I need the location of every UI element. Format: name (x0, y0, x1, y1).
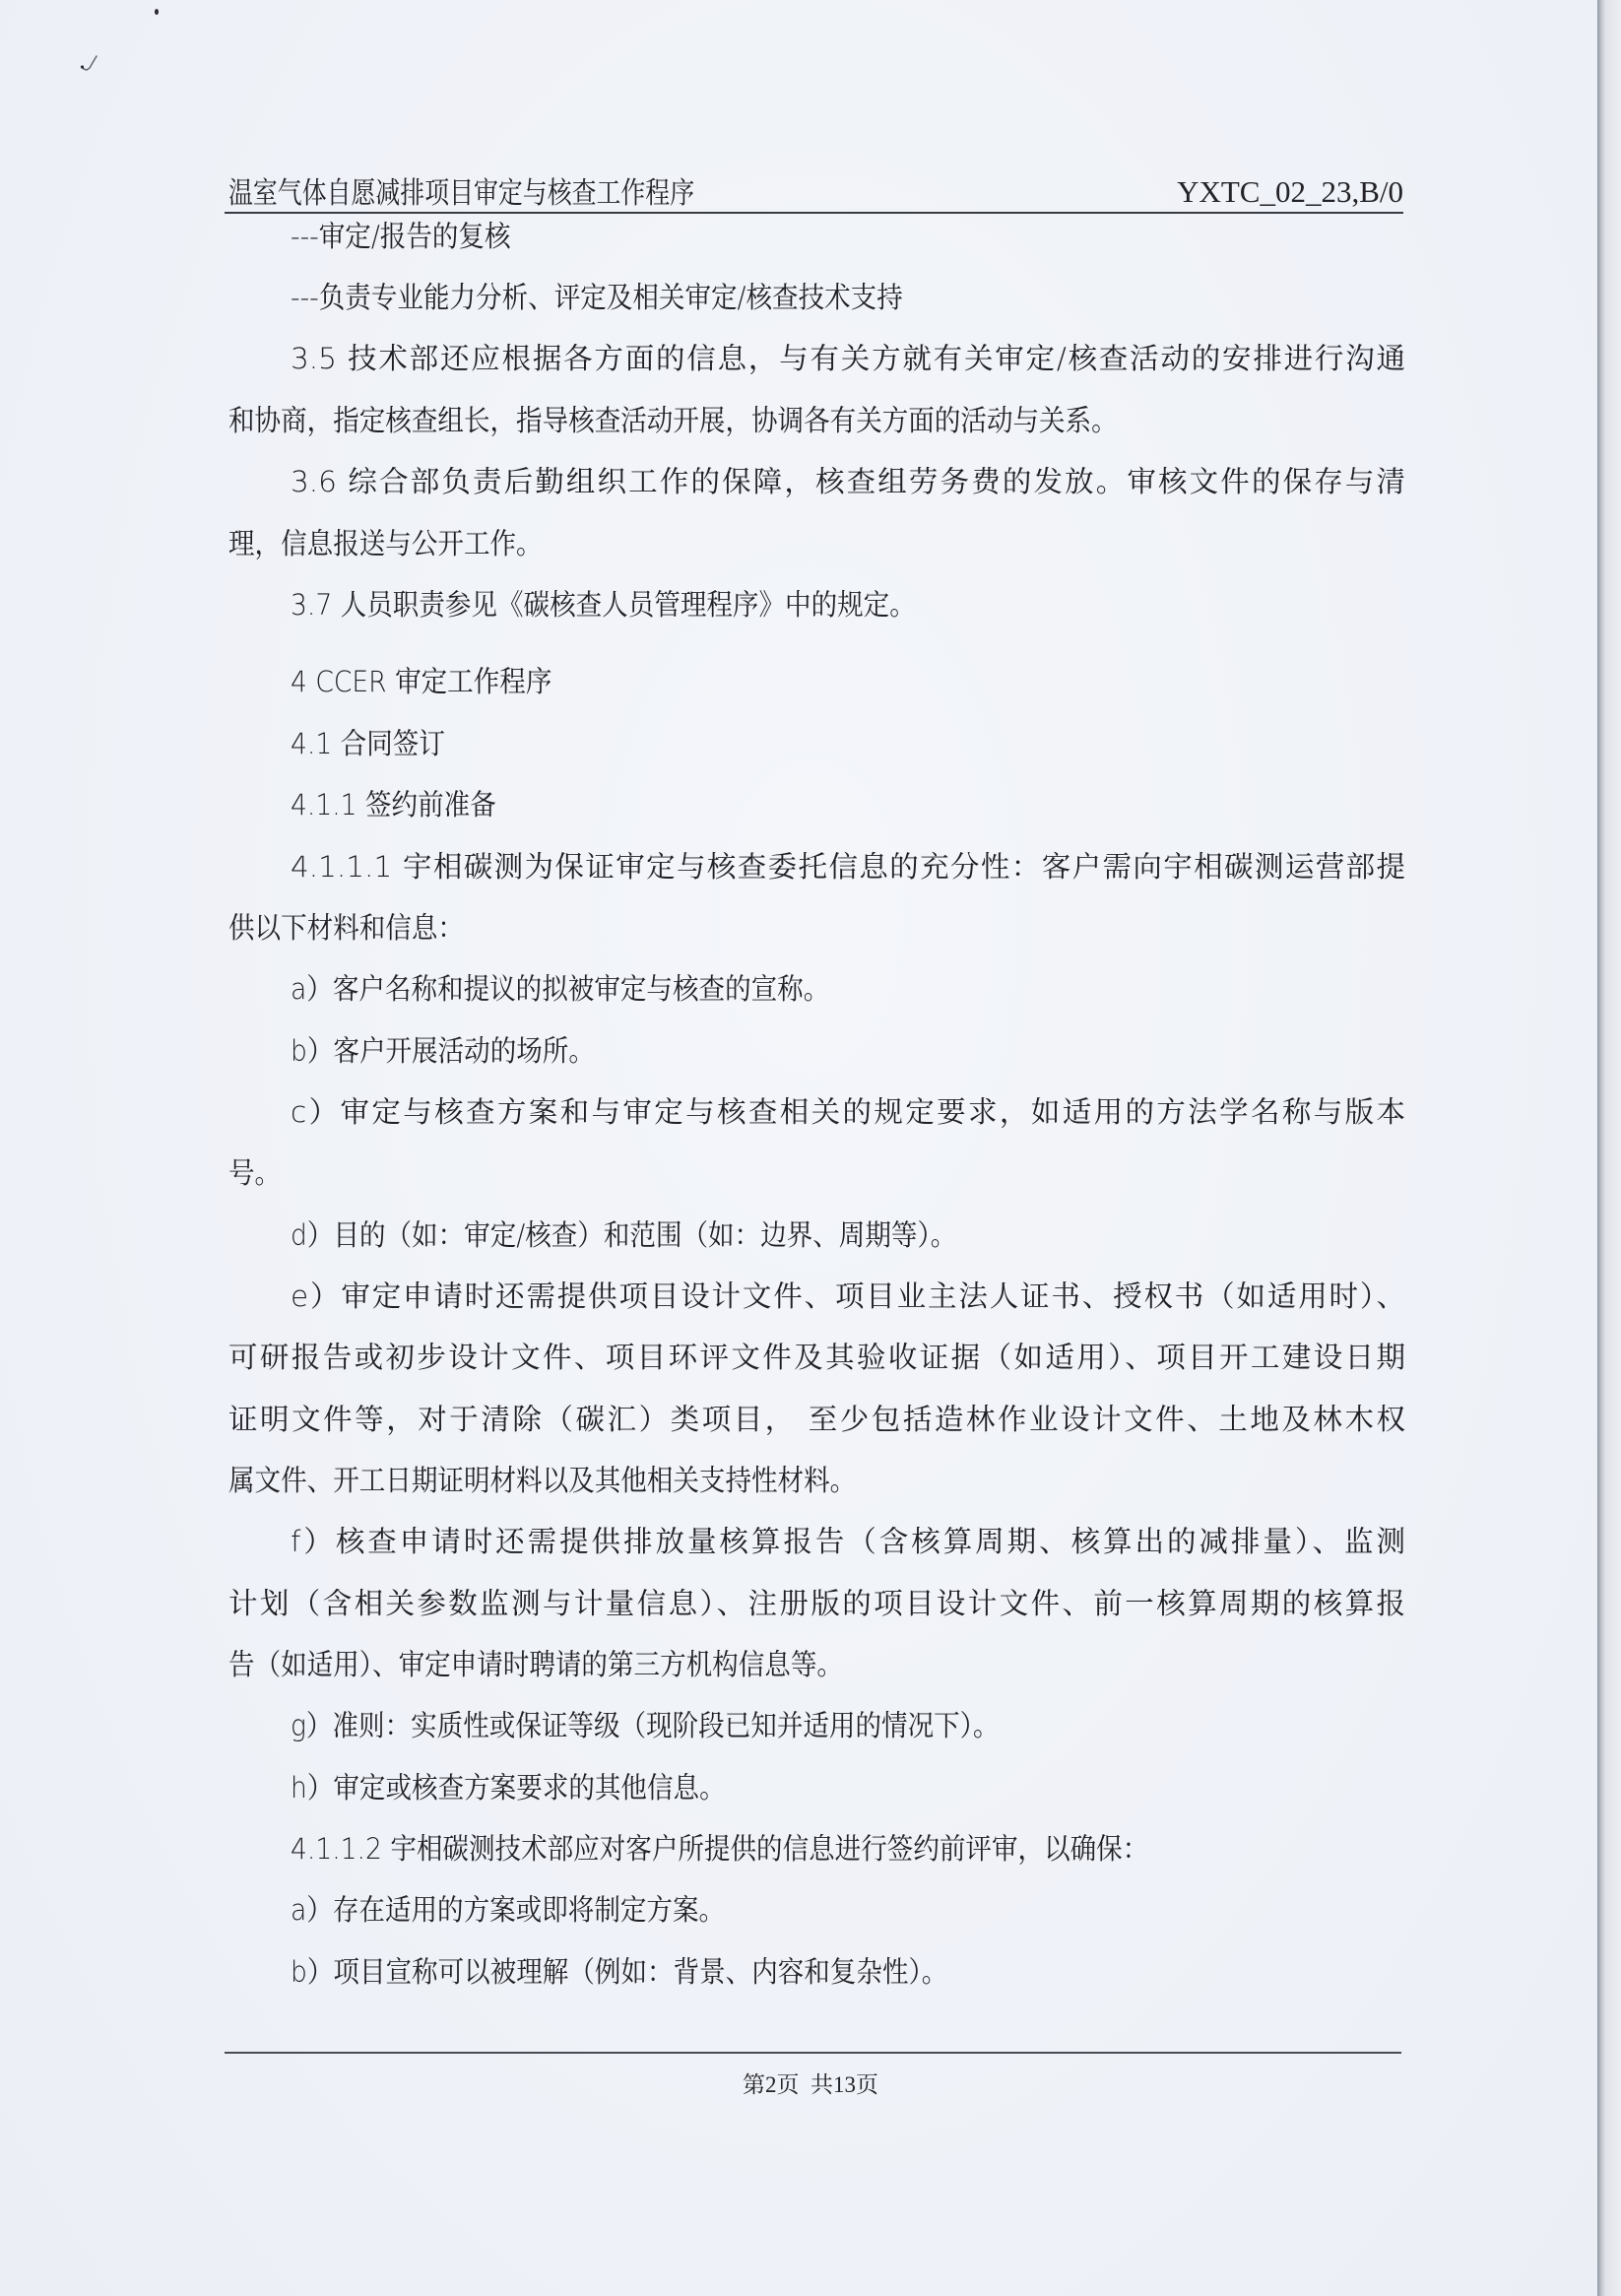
text-line: a）客户名称和提议的拟被审定与核查的宣称。 (291, 969, 829, 1009)
pen-mark (79, 55, 102, 75)
text-line: 4 CCER 审定工作程序 (291, 662, 551, 701)
text-line: 4.1.1.2 宇相碳测技术部应对客户所提供的信息进行签约前评审，以确保： (291, 1829, 1148, 1869)
text-line: 4.1 合同签订 (291, 724, 445, 763)
text-line: 可研报告或初步设计文件、项目环评文件及其验收证据（如适用）、项目开工建设日期 (228, 1338, 1405, 1377)
scan-edge-shadow (1597, 0, 1621, 2296)
text-line: 4.1.1 签约前准备 (291, 785, 496, 824)
text-line: 计划（含相关参数监测与计量信息）、注册版的项目设计文件、前一核算周期的核算报 (228, 1584, 1405, 1623)
text-line: 证明文件等，对于清除（碳汇）类项目， 至少包括造林作业设计文件、土地及林木权 (228, 1400, 1405, 1439)
text-line: 告（如适用）、审定申请时聘请的第三方机构信息等。 (228, 1645, 843, 1684)
footer-divider (225, 2052, 1401, 2054)
text-line: 属文件、开工日期证明材料以及其他相关支持性材料。 (228, 1461, 856, 1500)
text-line: a）存在适用的方案或即将制定方案。 (291, 1890, 725, 1930)
page-number: 第2页 共13页 (0, 2070, 1621, 2100)
document-code: YXTC_02_23,B/0 (1177, 175, 1403, 209)
text-line: e）审定申请时还需提供项目设计文件、项目业主法人证书、授权书（如适用时）、 (291, 1277, 1405, 1316)
text-line: c）审定与核查方案和与审定与核查相关的规定要求，如适用的方法学名称与版本 (291, 1092, 1405, 1132)
text-line: 供以下材料和信息： (228, 908, 464, 948)
page-number-label: 第2页 共13页 (743, 2072, 878, 2097)
text-line: ---负责专业能力分析、评定及相关审定/核查技术支持 (291, 278, 903, 317)
text-line: 3.6 综合部负责后勤组织工作的保障，核查组劳务费的发放。审核文件的保存与清 (291, 462, 1405, 501)
text-line: b）客户开展活动的场所。 (291, 1031, 595, 1071)
text-line: 3.5 技术部还应根据各方面的信息，与有关方就有关审定/核查活动的安排进行沟通 (291, 339, 1405, 378)
document-title: 温室气体自愿减排项目审定与核查工作程序 (228, 177, 694, 211)
text-line: f）核查申请时还需提供排放量核算报告（含核算周期、核算出的减排量）、监测 (291, 1522, 1405, 1561)
text-line: h）审定或核查方案要求的其他信息。 (291, 1768, 726, 1807)
text-line: b）项目宣称可以被理解（例如：背景、内容和复杂性）。 (291, 1952, 947, 1992)
text-line: 号。 (228, 1153, 281, 1193)
text-line: 和协商，指定核查组长，指导核查活动开展，协调各有关方面的活动与关系。 (228, 401, 1118, 440)
text-line: 理，信息报送与公开工作。 (228, 524, 543, 563)
text-line: ---审定/报告的复核 (291, 217, 511, 256)
header-divider (225, 212, 1403, 214)
scan-speck (155, 9, 159, 15)
text-line: g）准则：实质性或保证等级（现阶段已知并适用的情况下）。 (291, 1706, 1000, 1745)
text-line: d）目的（如：审定/核查）和范围（如：边界、周期等）。 (291, 1215, 956, 1255)
text-line: 4.1.1.1 宇相碳测为保证审定与核查委托信息的充分性：客户需向宇相碳测运营部… (291, 847, 1405, 886)
text-line: 3.7 人员职责参见《碳核查人员管理程序》中的规定。 (291, 585, 916, 624)
